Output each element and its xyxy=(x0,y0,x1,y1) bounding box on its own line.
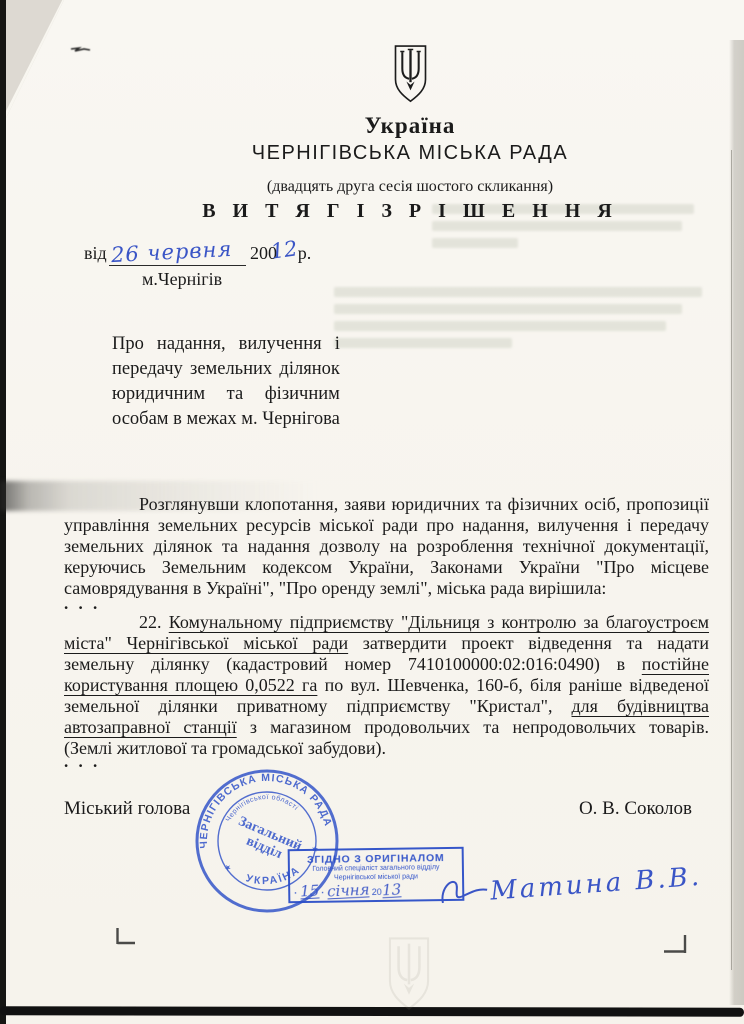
stamp-date-row: · 15 · січня 2013 xyxy=(294,883,458,899)
subject-block: Про надання, вилучення іпередачу земельн… xyxy=(112,332,340,432)
ghost-bleedthrough-text xyxy=(334,287,710,355)
handwritten-date: 26 червня xyxy=(110,237,232,267)
underlined-text-segment: для будівництва xyxy=(572,696,709,716)
text-segment: земельної ділянки приватному підприємств… xyxy=(64,696,572,716)
council-name: ЧЕРНІГІВСЬКА МІСЬКА РАДА xyxy=(80,142,740,165)
text-line: Розглянувши клопотання, заяви юридичних … xyxy=(64,494,709,515)
text-line: користування площею 0,0522 га по вул. Ше… xyxy=(64,675,709,696)
text-line: міста" Чернігівської міської ради затвер… xyxy=(64,633,709,654)
mayor-title: Міський голова xyxy=(64,798,190,820)
city-line: м.Чернігів xyxy=(142,269,311,290)
dateline: від26 червня20012р. м.Чернігів xyxy=(84,240,311,290)
stamp-year-handwritten: 13 xyxy=(381,883,401,898)
mayor-name: О. В. Соколов xyxy=(579,798,692,820)
watermark-trident-icon xyxy=(383,926,435,1024)
corner-mark-bottom-left xyxy=(116,928,138,953)
text-line: передачу земельних ділянок xyxy=(112,357,340,382)
text-line: автозаправної станції з магазином продов… xyxy=(64,717,709,738)
date-underline: 26 червня xyxy=(109,240,246,266)
year-suffix: р. xyxy=(298,243,312,263)
underlined-text-segment: автозаправної станції xyxy=(64,717,237,737)
handwritten-signature: Матина В.В. xyxy=(437,859,703,911)
text-line: 22. Комунальному підприємству "Дільниця … xyxy=(64,612,709,633)
country-name: Україна xyxy=(80,113,740,139)
text-line: Про надання, вилучення і xyxy=(112,332,340,357)
text-line: (Землі житлової та громадської забудови)… xyxy=(64,738,709,759)
scan-edge-bottom xyxy=(0,1006,744,1017)
date-prefix: від xyxy=(84,243,107,263)
text-line: земельної ділянки приватному підприємств… xyxy=(64,696,709,717)
text-line: управління земельних ресурсів міської ра… xyxy=(64,515,709,536)
signature-flourish-icon xyxy=(437,874,491,912)
text-line: юридичним та фізичним xyxy=(112,382,340,407)
intro-paragraph: Розглянувши клопотання, заяви юридичних … xyxy=(64,494,709,599)
text-segment: з магазином продовольчих та непродовольч… xyxy=(237,717,709,737)
ellipsis-mark: . . . xyxy=(64,752,100,772)
scanned-document: Україна ЧЕРНІГІВСЬКА МІСЬКА РАДА (двадця… xyxy=(0,0,744,1024)
signature-row: Міський голова О. В. Соколов xyxy=(64,798,710,820)
ellipsis-mark: . . . xyxy=(64,594,100,614)
stamp-dot: · xyxy=(321,888,324,898)
signature-text: Матина В.В. xyxy=(489,862,703,907)
scan-corner-fold xyxy=(6,0,64,118)
text-line: особам в межах м. Чернігова xyxy=(112,407,340,432)
underlined-text-segment: постійне xyxy=(642,654,709,674)
text-line: земельних ділянок та надання дозволу на … xyxy=(64,536,709,557)
text-segment: 22. xyxy=(139,612,169,632)
document-type-title: В И Т Я Г І З Р І Ш Е Н Н Я xyxy=(80,200,740,223)
resolution-item-22: 22. Комунальному підприємству "Дільниця … xyxy=(64,612,709,759)
underlined-text-segment: Комунальному підприємству "Дільниця з ко… xyxy=(169,612,709,632)
session-line: (двадцять друга сесія шостого скликання) xyxy=(80,178,740,196)
scan-edge-left xyxy=(0,0,6,1024)
corner-mark-bottom-right xyxy=(663,935,687,962)
text-line: земельну ділянку (кадастровий номер 7410… xyxy=(64,654,709,675)
stamp-day-handwritten: 15 xyxy=(299,884,319,899)
text-line: керуючись Земельним кодексом України, За… xyxy=(64,557,709,578)
stamp-century-printed: 20 xyxy=(372,887,382,897)
national-emblem-icon xyxy=(390,44,431,104)
stamp-dot: · xyxy=(294,888,297,898)
underlined-text-segment: користування площею 0,0522 га xyxy=(64,675,317,695)
stamp-month-handwritten: січня xyxy=(327,883,370,899)
text-segment: затвердити проект відведення та надати xyxy=(348,633,709,653)
text-segment: земельну ділянку (кадастровий номер 7410… xyxy=(64,654,642,674)
document-header: Україна ЧЕРНІГІВСЬКА МІСЬКА РАДА (двадця… xyxy=(80,44,740,223)
underlined-text-segment: міста" Чернігівської міської ради xyxy=(64,633,348,653)
text-segment: (Землі житлової та громадської забудови)… xyxy=(64,738,386,758)
text-segment: по вул. Шевченка, 160-б, біля раніше від… xyxy=(317,675,709,695)
text-line: самоврядування в Україні", "Про оренду з… xyxy=(64,578,709,599)
scan-edge-right-line xyxy=(731,150,732,970)
handwritten-year: 12 xyxy=(269,236,299,263)
